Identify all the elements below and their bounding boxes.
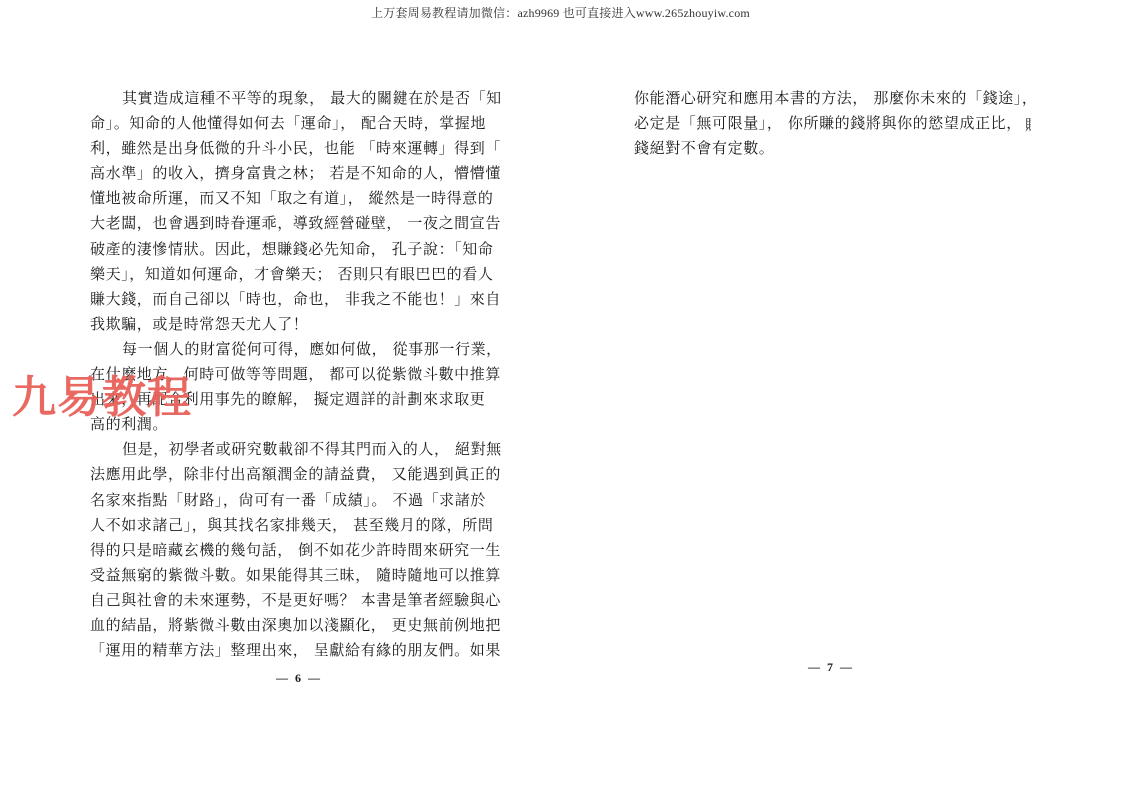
text-line: 在什麼地方，何時可做等等問題， 都可以從紫微斗數中推算: [90, 362, 510, 387]
text-line: 法應用此學，除非付出高額潤金的請益費， 又能遇到眞正的: [90, 462, 510, 487]
text-line: 懂地被命所運，而又不知「取之有道」， 縱然是一時得意的: [90, 186, 510, 211]
text-line: 受益無窮的紫微斗數。如果能得其三昧， 隨時隨地可以推算: [90, 563, 510, 588]
header-banner: 上万套周易教程请加微信：azh9969 也可直接进入www.265zhouyiw…: [0, 4, 1121, 21]
text-line: 樂天」，知道如何運命，才會樂天； 否則只有眼巴巴的看人: [90, 262, 510, 287]
text-line: 血的結晶，將紫微斗數由深奧加以淺顯化， 更史無前例地把: [90, 613, 510, 638]
text-line: 「運用的精華方法」整理出來， 呈獻給有緣的朋友們。如果: [90, 638, 510, 663]
page-number-right: — 7 —: [808, 660, 854, 675]
text-line: 得的只是暗藏玄機的幾句話， 倒不如花少許時間來研究一生: [90, 538, 510, 563]
text-line: 但是，初學者或研究數載卻不得其門而入的人， 絕對無: [90, 437, 510, 462]
text-line: 每一個人的財富從何可得，應如何做， 從事那一行業，: [90, 337, 510, 362]
page-number-left: — 6 —: [276, 671, 322, 686]
text-line: 人不如求諸己」，與其找名家排幾天， 甚至幾月的隊，所問: [90, 513, 510, 538]
text-line: 高水準」的收入，擠身富貴之林； 若是不知命的人，懵懵懂: [90, 161, 510, 186]
text-line: 名家來指點「財路」，尙可有一番「成績」。 不過「求諸於: [90, 488, 510, 513]
clipped-character: 賺: [1025, 116, 1031, 134]
text-line: 高的利潤。: [90, 412, 510, 437]
text-line: 破產的淒慘情狀。因此，想賺錢必先知命， 孔子說：「知命: [90, 237, 510, 262]
text-line: 出來，再配合利用事先的瞭解， 擬定週詳的計劃來求取更: [90, 387, 510, 412]
text-line: 賺大錢，而自己卻以「時也，命也， 非我之不能也！」來自: [90, 287, 510, 312]
text-line: 必定是「無可限量」， 你所賺的錢將與你的慾望成正比，: [634, 111, 1034, 136]
text-line: 利，雖然是出身低微的升斗小民，也能 「時來運轉」得到「: [90, 136, 510, 161]
text-line: 命」。知命的人他懂得如何去「運命」， 配合天時，掌握地: [90, 111, 510, 136]
text-line: 其實造成這種不平等的現象， 最大的關鍵在於是否「知: [90, 86, 510, 111]
text-line: 大老闆，也會遇到時眷運乖，導致經營碰壁， 一夜之間宣告: [90, 211, 510, 236]
left-page-body: 其實造成這種不平等的現象， 最大的關鍵在於是否「知 命」。知命的人他懂得如何去「…: [90, 86, 510, 663]
right-page-body: 你能潛心研究和應用本書的方法， 那麼你未來的「錢途」， 必定是「無可限量」， 你…: [634, 86, 1034, 161]
text-line: 你能潛心研究和應用本書的方法， 那麼你未來的「錢途」，: [634, 86, 1034, 111]
text-line: 自己與社會的未來運勢，不是更好嗎？ 本書是筆者經驗與心: [90, 588, 510, 613]
text-line: 我欺騙，或是時常怨天尤人了！: [90, 312, 510, 337]
text-line: 錢絕對不會有定數。: [634, 136, 1034, 161]
